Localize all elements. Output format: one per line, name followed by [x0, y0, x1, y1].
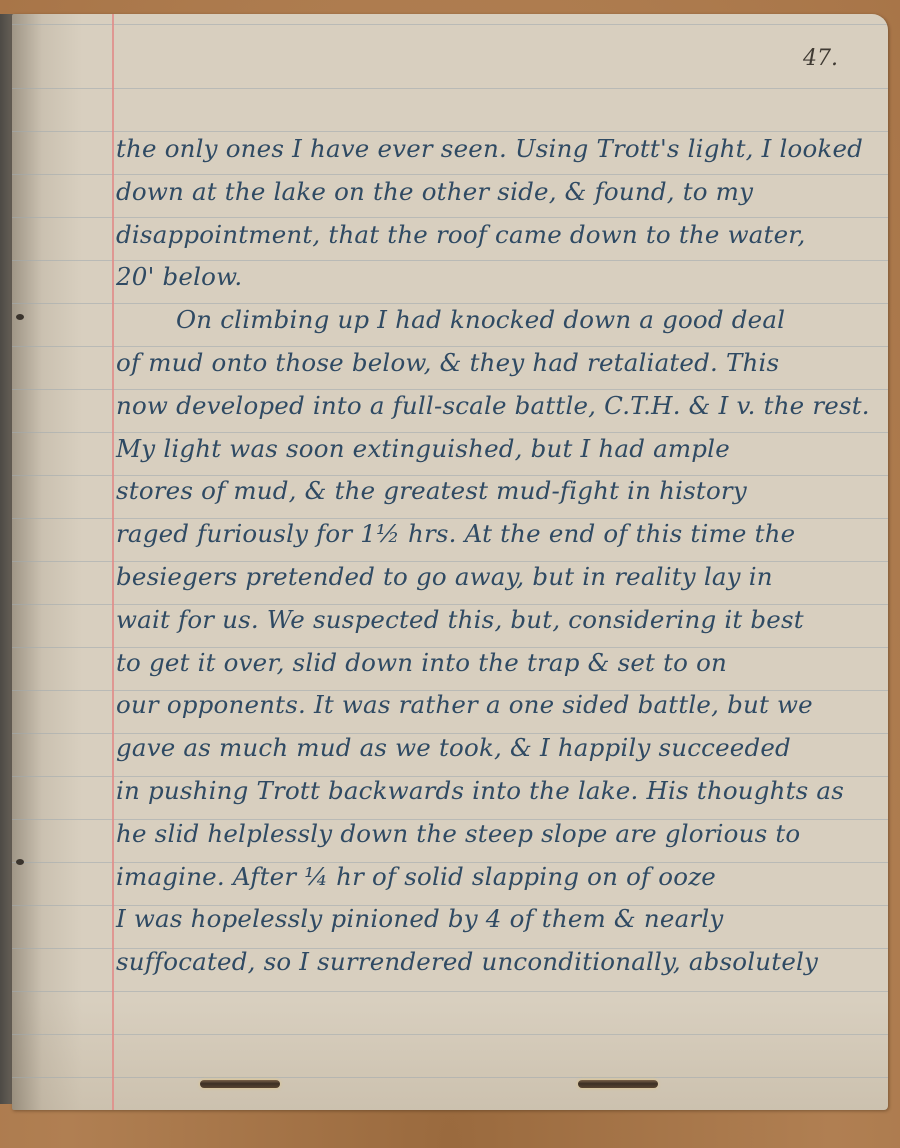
- text-line: stores of mud, & the greatest mud-fight …: [116, 470, 881, 513]
- text-line: down at the lake on the other side, & fo…: [116, 171, 881, 214]
- text-line: to get it over, slid down into the trap …: [116, 642, 881, 685]
- binding-hole: [16, 314, 24, 320]
- text-line: of mud onto those below, & they had reta…: [116, 342, 881, 385]
- text-line: in pushing Trott backwards into the lake…: [116, 770, 881, 813]
- binding-hole: [16, 859, 24, 865]
- text-line: disappointment, that the roof came down …: [116, 214, 881, 257]
- notebook-page: 47. the only ones I have ever seen. Usin…: [12, 14, 888, 1110]
- text-line: the only ones I have ever seen. Using Tr…: [116, 128, 881, 171]
- text-line: he slid helplessly down the steep slope …: [116, 813, 881, 856]
- text-line: 20' below.: [116, 256, 881, 299]
- text-line: On climbing up I had knocked down a good…: [116, 299, 881, 342]
- handwritten-text: the only ones I have ever seen. Using Tr…: [116, 128, 881, 984]
- text-line: our opponents. It was rather a one sided…: [116, 684, 881, 727]
- staple: [200, 1080, 280, 1088]
- text-line: gave as much mud as we took, & I happily…: [116, 727, 881, 770]
- page-number: 47.: [803, 46, 838, 71]
- text-line: raged furiously for 1½ hrs. At the end o…: [116, 513, 881, 556]
- text-line: suffocated, so I surrendered uncondition…: [116, 941, 881, 984]
- text-line: wait for us. We suspected this, but, con…: [116, 599, 881, 642]
- text-line: now developed into a full-scale battle, …: [116, 385, 881, 428]
- staple: [578, 1080, 658, 1088]
- text-line: My light was soon extinguished, but I ha…: [116, 428, 881, 471]
- text-line: I was hopelessly pinioned by 4 of them &…: [116, 898, 881, 941]
- text-line: besiegers pretended to go away, but in r…: [116, 556, 881, 599]
- text-line: imagine. After ¼ hr of solid slapping on…: [116, 856, 881, 899]
- margin-line: [112, 14, 114, 1110]
